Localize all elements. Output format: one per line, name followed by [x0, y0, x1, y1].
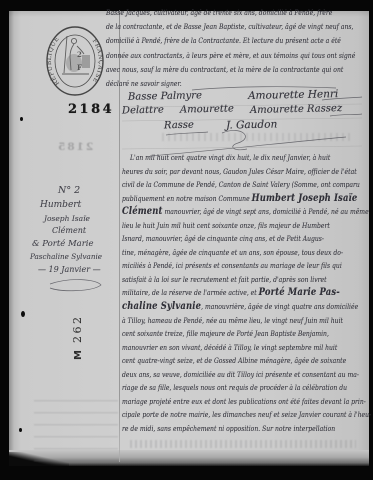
side-stamp-number: 262	[71, 315, 84, 344]
groom-name: Humbert Joseph Isaïe	[252, 192, 358, 204]
seal-text-right: FRANÇAISE	[91, 38, 104, 84]
margin-note: N° 2 Humbert Joseph Isaïe Clément & Port…	[28, 183, 122, 277]
signature: Amourette Rassez	[250, 103, 342, 116]
margin-note-groom-firstnames: Joseph Isaïe	[28, 213, 122, 225]
text-line: cent soixante treize, fille majeure de P…	[122, 327, 371, 341]
margin-note-bride-name: & Porté Marie	[28, 237, 122, 251]
scan-speck	[19, 428, 22, 432]
document-scan: { "seal": { "left_text": "RÉPUBLIQUE", "…	[0, 0, 373, 480]
text-line: chaline Sylvanie, manouvrière, âgée de v…	[122, 300, 371, 314]
seated-figure-icon	[62, 36, 90, 74]
text-line: cipale porte de notre mairie, les dimanc…	[122, 408, 371, 422]
text-line: re de midi, sans empêchement ni oppositi…	[122, 422, 371, 436]
signatures-block: Basse Palmyre Amourette Henri Delattre A…	[120, 89, 370, 149]
page-corner-shadow	[9, 452, 69, 466]
signature: Amourette	[180, 103, 234, 115]
text-line: donnée aux contractants, à leurs père et…	[106, 49, 355, 63]
bride-name: Porté Marie Pas-	[259, 286, 340, 298]
signature: Basse Palmyre	[128, 90, 202, 103]
text-line: L'an mil huit cent quatre vingt dix huit…	[122, 151, 371, 165]
signature: Delattre	[122, 105, 164, 117]
text-line: manouvrier en son vivant, décédé à Tillo…	[122, 341, 371, 355]
text-line: deux ans, sa veuve, domiciliée au dit Ti…	[122, 368, 371, 382]
text-line: de la contractante, et de Basse Jean Bap…	[106, 20, 355, 34]
text-line: lieu le huit Juin mil huit cent soixante…	[122, 219, 371, 233]
text-line: Clément manouvrier, âgé de vingt sept an…	[122, 205, 371, 219]
text-line: à Tilloy, hameau de Pendé, née au même l…	[122, 314, 371, 328]
seal-text-left: RÉPUBLIQUE	[46, 35, 61, 86]
margin-note-act-number: N° 2	[28, 183, 122, 198]
text-line: publiquement en notre maison Commune Hum…	[122, 192, 371, 206]
text-line: militaire, de la réserve de l'armée acti…	[122, 286, 371, 300]
previous-act-text: Basse Jacques, cultivateur, âgé de trent…	[106, 6, 355, 91]
text-line: Basse Jacques, cultivateur, âgé de trent…	[106, 6, 355, 20]
signature-mayor: J. Gaudon	[226, 118, 278, 131]
text-line: satisfait à la loi sur le recrutement et…	[122, 273, 371, 287]
text-line: riage de sa fille, lesquels nous ont req…	[122, 381, 371, 395]
ghost-archive-number: 2185	[56, 141, 93, 153]
signature: Rasse	[164, 120, 194, 132]
seal-value-top: 2	[77, 50, 82, 59]
text-line: civil de la Commune de Pendé, Canton de …	[122, 178, 371, 192]
margin-note-groom-surname: Humbert	[28, 198, 122, 213]
signature: Amourette Henri	[248, 88, 339, 102]
text-line: Isnard, manouvrier, âgé de cinquante cin…	[122, 232, 371, 246]
text-line: mariage projeté entre eux et dont les pu…	[122, 395, 371, 409]
text-line: tine, ménagère, âgée de cinquante et un …	[122, 246, 371, 260]
text-line: heures du soir, par devant nous, Gaudon …	[122, 165, 371, 179]
scan-speck	[20, 117, 23, 121]
marriage-act-text: L'an mil huit cent quatre vingt dix huit…	[122, 151, 371, 435]
archive-number-stamp: 2184	[68, 102, 114, 117]
seal-value-bottom: F	[77, 63, 82, 72]
margin-note-date: — 19 Janvier —	[28, 263, 122, 277]
bride-name2: chaline Sylvanie	[122, 300, 201, 312]
scan-speck	[21, 311, 25, 317]
side-stamp-letter: M	[73, 350, 84, 360]
margin-note-groom-firstnames2: Clément	[28, 225, 122, 237]
side-folio-stamp: M262	[66, 296, 82, 360]
text-line: domicilié à Pendé, frère de la Contracta…	[106, 34, 355, 48]
margin-note-bride-firstnames: Paschaline Sylvanie	[28, 251, 122, 263]
text-line: cent quatre-vingt seize, et de Gossed Al…	[122, 354, 371, 368]
republique-francaise-seal: RÉPUBLIQUE FRANÇAISE 2 F	[44, 24, 106, 98]
text-line: avec nous, sauf la mère du contractant, …	[106, 63, 355, 77]
text-line: miciliés à Pendé, ici présents et consen…	[122, 259, 371, 273]
groom-name2: Clément	[122, 205, 163, 217]
